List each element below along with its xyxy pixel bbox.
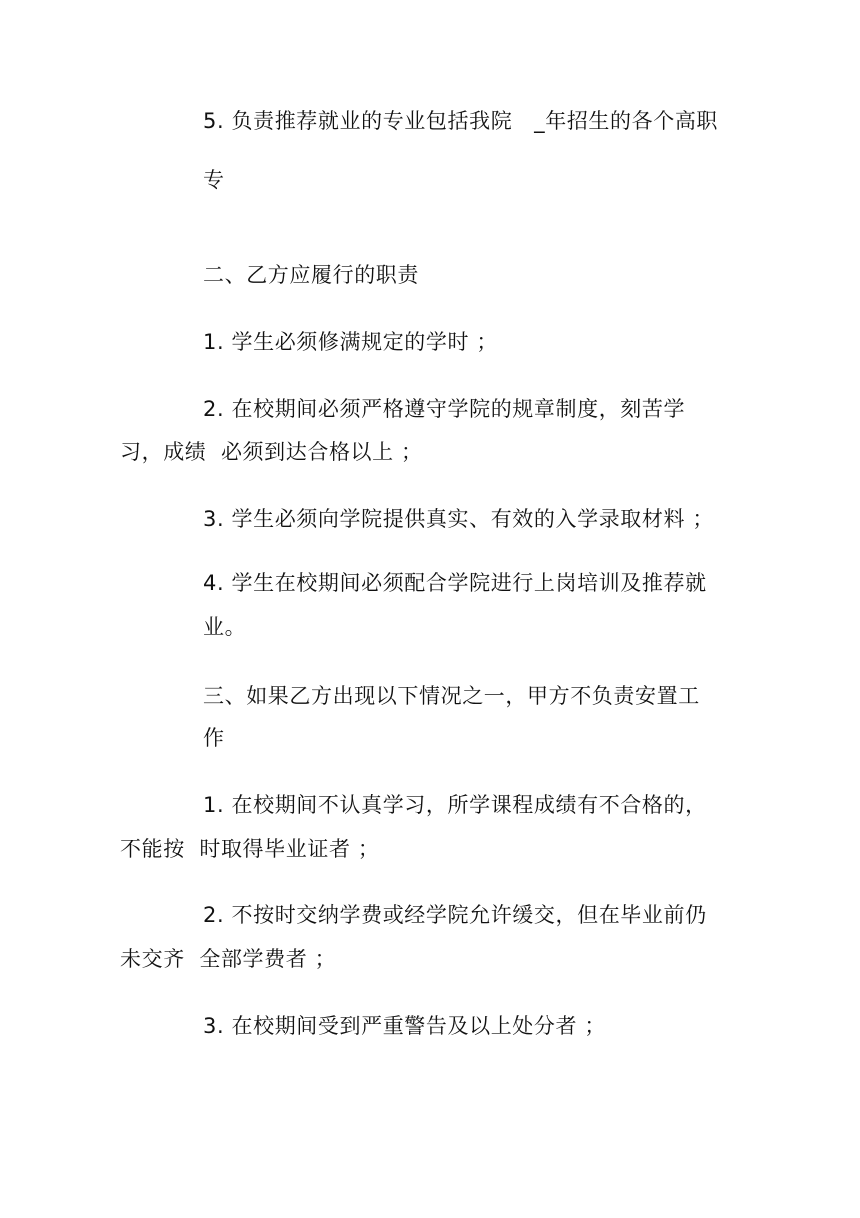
document-page: 5. 负责推荐就业的专业包括我院 _年招生的各个高职 专 二、乙方应履行的职责 … <box>0 0 860 1218</box>
clause-5-line-2: 专 <box>203 167 225 193</box>
section-3-item-1-line-2: 不能按 时取得毕业证者 ； <box>120 836 379 862</box>
section-3-heading-line-1: 三、如果乙方出现以下情况之一，甲方不负责安置工 <box>203 683 700 709</box>
section-2-item-4-line-1: 4. 学生在校期间必须配合学院进行上岗培训及推荐就 <box>203 570 707 596</box>
section-2-item-2-line-1: 2. 在校期间必须严格遵守学院的规章制度，刻苦学 <box>203 396 685 422</box>
section-3-item-3: 3. 在校期间受到严重警告及以上处分者 ； <box>203 1013 606 1039</box>
section-3-heading-line-2: 作 <box>203 725 225 751</box>
section-3-item-2-line-1: 2. 不按时交纳学费或经学院允许缓交，但在毕业前仍 <box>203 902 707 928</box>
section-2-heading: 二、乙方应履行的职责 <box>203 262 419 288</box>
section-2-item-2-line-2: 习，成绩 必须到达合格以上 ； <box>120 439 423 465</box>
section-2-item-3: 3. 学生必须向学院提供真实、有效的入学录取材料 ； <box>203 506 714 532</box>
section-2-item-1: 1. 学生必须修满规定的学时 ； <box>203 329 498 355</box>
section-3-item-1-line-1: 1. 在校期间不认真学习，所学课程成绩有不合格的， <box>203 792 707 818</box>
clause-5-line-1: 5. 负责推荐就业的专业包括我院 _年招生的各个高职 <box>203 108 718 134</box>
section-3-item-2-line-2: 未交齐 全部学费者 ； <box>120 946 336 972</box>
section-2-item-4-line-2: 业。 <box>203 614 246 640</box>
